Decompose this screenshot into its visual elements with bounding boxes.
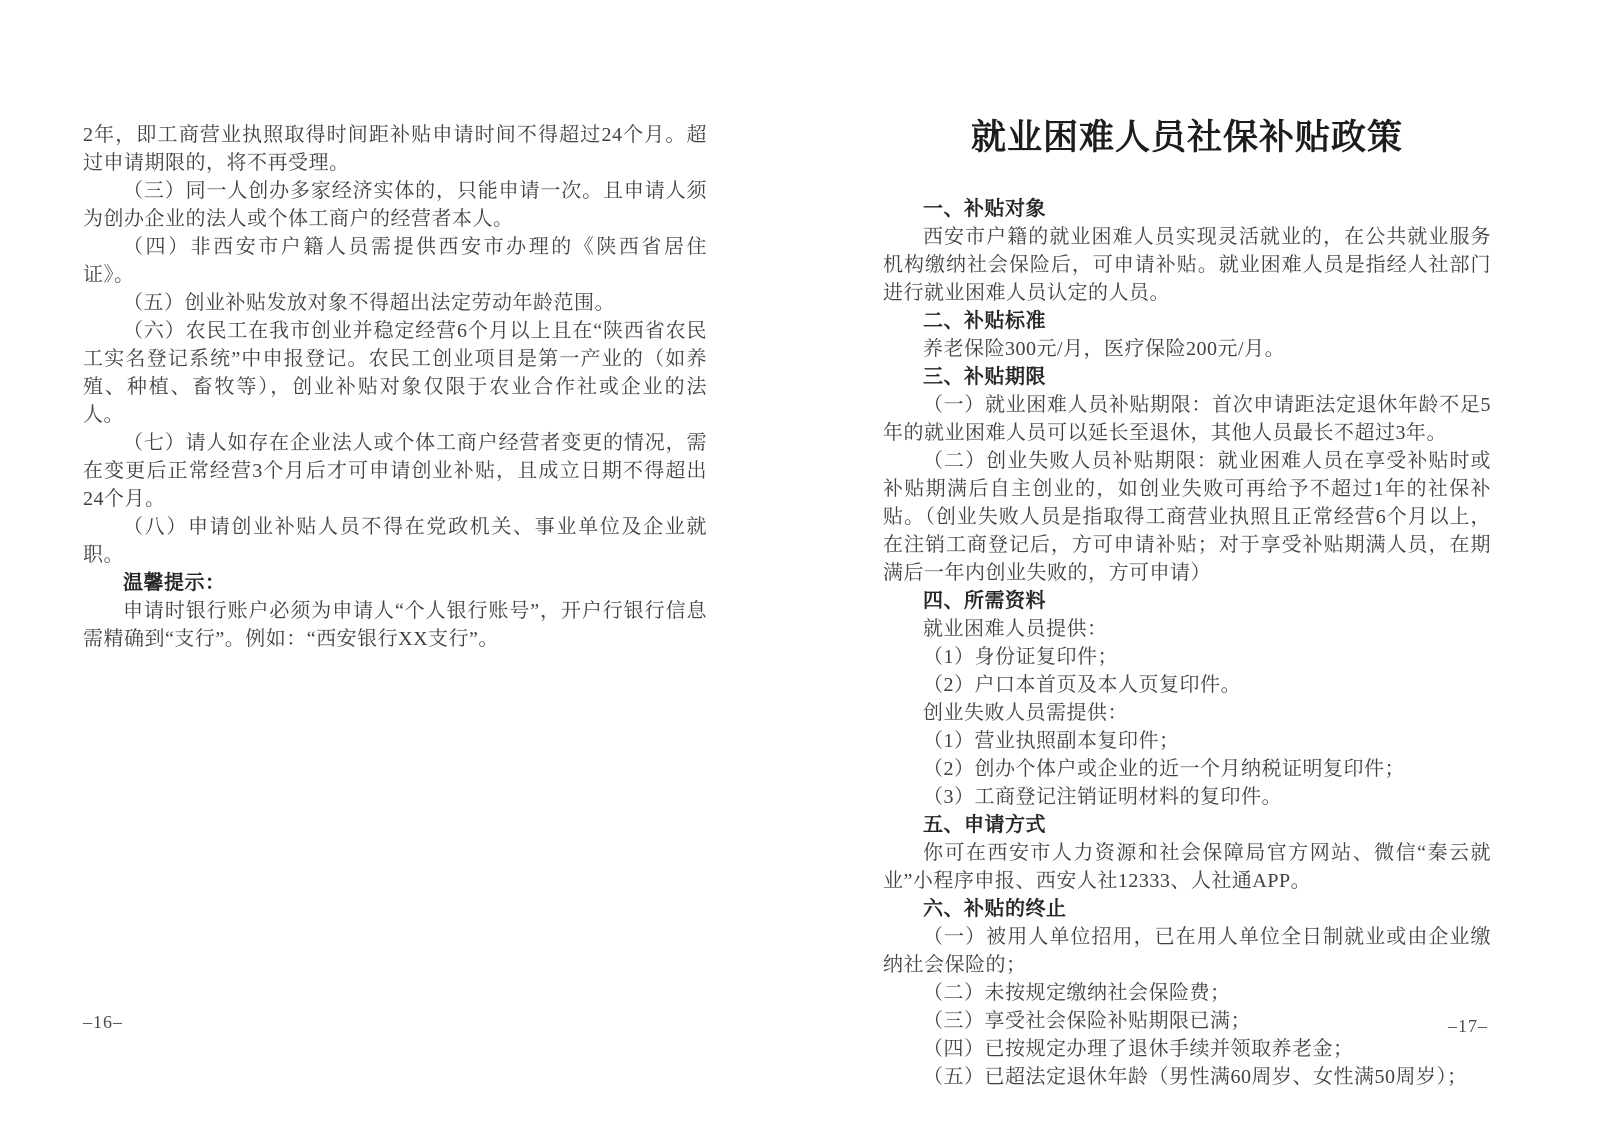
section-heading: 四、所需资料: [883, 587, 1491, 615]
document-spread: 2年，即工商营业执照取得时间距补贴申请时间不得超过24个月。超过申请期限的，将不…: [0, 0, 1600, 1142]
paragraph: 你可在西安市人力资源和社会保障局官方网站、微信“秦云就业”小程序申报、西安人社1…: [883, 839, 1491, 895]
paragraph: （四）非西安市户籍人员需提供西安市办理的《陕西省居住证》。: [83, 233, 707, 289]
paragraph: （八）申请创业补贴人员不得在党政机关、事业单位及企业就职。: [83, 513, 707, 569]
paragraph: （二）创业失败人员补贴期限：就业困难人员在享受补贴时或补贴期满后自主创业的，如创…: [883, 447, 1491, 587]
paragraph: （一）就业困难人员补贴期限：首次申请距法定退休年龄不足5年的就业困难人员可以延长…: [883, 391, 1491, 447]
section-heading: 六、补贴的终止: [883, 895, 1491, 923]
paragraph: （五）创业补贴发放对象不得超出法定劳动年龄范围。: [83, 289, 707, 317]
list-item: （1）营业执照副本复印件；: [883, 727, 1491, 755]
notice-heading: 温馨提示：: [83, 569, 707, 597]
list-item: （2）户口本首页及本人页复印件。: [883, 671, 1491, 699]
list-item: （2）创办个体户或企业的近一个月纳税证明复印件；: [883, 755, 1491, 783]
page-number-left: –16–: [83, 1012, 123, 1032]
section-heading: 五、申请方式: [883, 811, 1491, 839]
paragraph: （七）请人如存在企业法人或个体工商户经营者变更的情况，需在变更后正常经营3个月后…: [83, 429, 707, 513]
section-heading: 一、补贴对象: [883, 195, 1491, 223]
page-title: 就业困难人员社保补贴政策: [883, 112, 1491, 164]
list-item: （五）已超法定退休年龄（男性满60周岁、女性满50周岁）；: [883, 1063, 1491, 1091]
right-page: 就业困难人员社保补贴政策 一、补贴对象 西安市户籍的就业困难人员实现灵活就业的，…: [883, 112, 1491, 1091]
list-item: （四）已按规定办理了退休手续并领取养老金；: [883, 1035, 1491, 1063]
paragraph: （三）同一人创办多家经济实体的，只能申请一次。且申请人须为创办企业的法人或个体工…: [83, 177, 707, 233]
paragraph: 西安市户籍的就业困难人员实现灵活就业的，在公共就业服务机构缴纳社会保险后，可申请…: [883, 223, 1491, 307]
paragraph: 养老保险300元/月，医疗保险200元/月。: [883, 335, 1491, 363]
page-number-right: –17–: [1448, 1016, 1488, 1036]
paragraph: 申请时银行账户必须为申请人“个人银行账号”，开户行银行信息需精确到“支行”。例如…: [83, 597, 707, 653]
list-item: （三）享受社会保险补贴期限已满；: [883, 1007, 1491, 1035]
paragraph: 2年，即工商营业执照取得时间距补贴申请时间不得超过24个月。超过申请期限的，将不…: [83, 121, 707, 177]
list-item: （二）未按规定缴纳社会保险费；: [883, 979, 1491, 1007]
section-heading: 二、补贴标准: [883, 307, 1491, 335]
paragraph: 就业困难人员提供：: [883, 615, 1491, 643]
section-heading: 三、补贴期限: [883, 363, 1491, 391]
paragraph: 创业失败人员需提供：: [883, 699, 1491, 727]
list-item: （一）被用人单位招用，已在用人单位全日制就业或由企业缴纳社会保险的；: [883, 923, 1491, 979]
list-item: （1）身份证复印件；: [883, 643, 1491, 671]
left-page: 2年，即工商营业执照取得时间距补贴申请时间不得超过24个月。超过申请期限的，将不…: [83, 121, 707, 653]
paragraph: （六）农民工在我市创业并稳定经营6个月以上且在“陕西省农民工实名登记系统”中申报…: [83, 317, 707, 429]
list-item: （3）工商登记注销证明材料的复印件。: [883, 783, 1491, 811]
